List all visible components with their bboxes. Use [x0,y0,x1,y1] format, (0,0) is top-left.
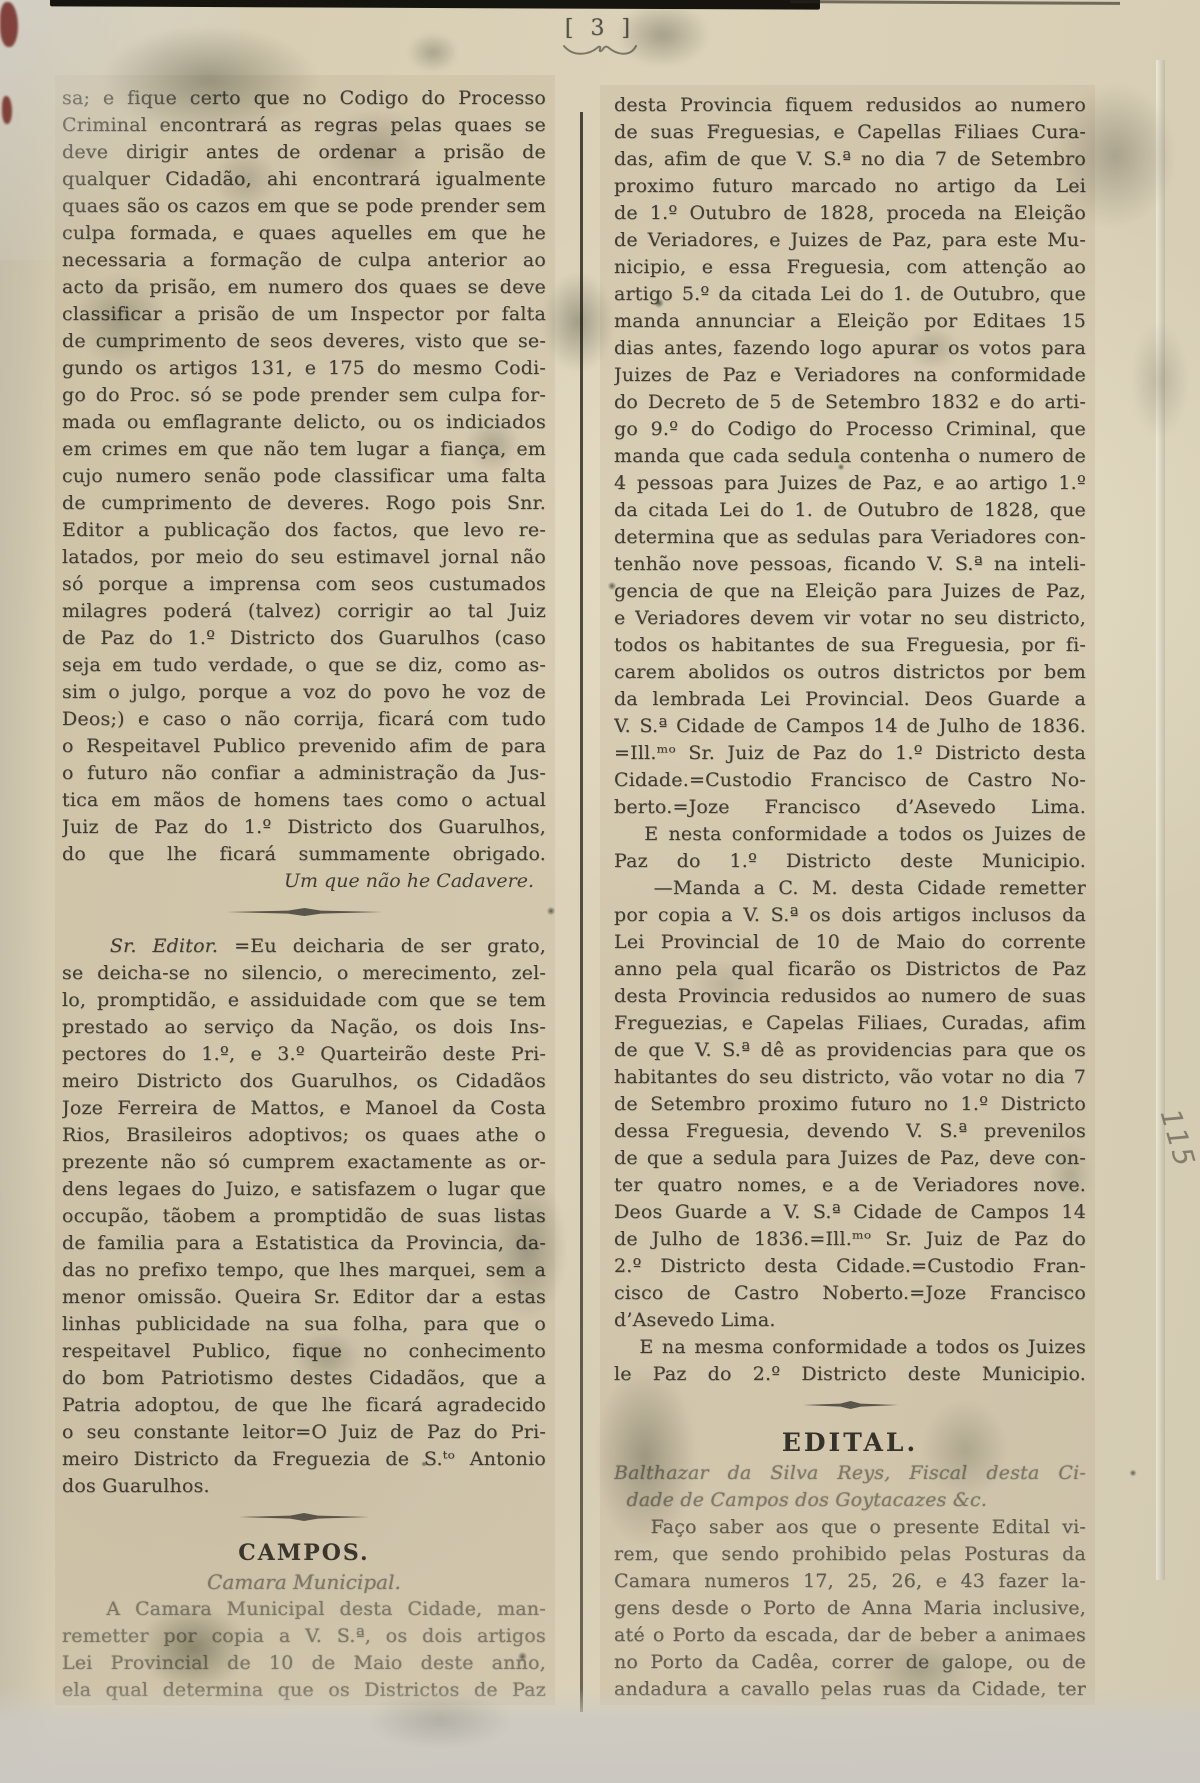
text-line: remetter por copia a V. S.ª, os dois art… [62,1623,546,1650]
text-line: cisco de Castro Noberto.=Joze Francisco [614,1280,1086,1307]
text-line: de cumprimento de deveres. Rogo pois Snr… [62,490,546,517]
text-line: Juizes de Paz e Veriadores na conformida… [614,362,1086,389]
text-line: berto.=Joze Francisco d’Asevedo Lima. [614,794,1086,821]
text-line: lo, promptidão, e assiduidade com que se… [62,987,546,1014]
text-line: determina que as sedulas para Veriadores… [614,524,1086,551]
scan-edge-left [0,0,55,1783]
text-line: milagres poderá (talvez) corrigir ao tal… [62,598,546,625]
section-heading: CAMPOS. [62,1538,546,1568]
text-line: seja em tudo verdade, o que se diz, como… [62,652,546,679]
text-line: linhas publicidade na sua folha, para qu… [62,1311,546,1338]
text-line: proximo futuro marcado no artigo da Lei [614,173,1086,200]
text-line: de Paz do 1.º Districto dos Guarulhos (c… [62,625,546,652]
text-line: da lembrada Lei Provincial. Deos Guarde … [614,686,1086,713]
text-line: Lei Provincial de 10 de Maio deste anno, [62,1650,546,1677]
text-line: artigo 5.º da citada Lei do 1. de Outubr… [614,281,1086,308]
text-line: pectores do 1.º, e 3.º Quarteirão deste … [62,1041,546,1068]
text-line: e Veriadores devem vir votar no seu dist… [614,605,1086,632]
scan-edge-top-right [790,0,1120,5]
text-line: por copia a V. S.ª os dois artigos inclu… [614,902,1086,929]
text-line: Deos Guarde a V. S.ª Cidade de Campos 14 [614,1199,1086,1226]
text-line: Editor a publicação dos factos, que levo… [62,517,546,544]
text-line: o futuro não confiar a administração da … [62,760,546,787]
text-line: tenhão nove pessoas, ficando V. S.ª na i… [614,551,1086,578]
scan-bottom-band [0,1688,1200,1783]
text-line: go 9.º do Codigo do Processo Criminal, q… [614,416,1086,443]
text-line: go do Proc. só se pode prender sem culpa… [62,382,546,409]
text-line: Camara numeros 17, 25, 26, e 43 fazer la… [614,1568,1086,1595]
page-corner-light [0,0,240,260]
text-line: de cumprimento de seos deveres, visto qu… [62,328,546,355]
text-line: manda annunciar a Eleição por Editaes 15 [614,308,1086,335]
text-line: no Porto da Cadêa, correr de galope, ou … [614,1649,1086,1676]
text-line: Lei Provincial de 10 de Maio do corrente [614,929,1086,956]
text-line: sim o julgo, porque a voz do povo he voz… [62,679,546,706]
text-line: acto da prisão, em numero dos quaes se d… [62,274,546,301]
text-line: meiro Districto dos Guarulhos, os Cidadã… [62,1068,546,1095]
letter-signature: Um que não he Cadavere. [62,868,546,895]
scanned-newspaper-page: [ 3 ] sa; e fique certo que no Codigo do… [0,0,1200,1783]
text-line: Juiz de Paz do 1.º Districto dos Guarulh… [62,814,546,841]
text-line: do Decreto de 5 de Setembro 1832 e do ar… [614,389,1086,416]
text-line: —Manda a C. M. desta Cidade remetter [614,875,1086,902]
text-line: Deos;) e caso o não corrija, ficará com … [62,706,546,733]
text-line: prezente não só cumprem exactamente as o… [62,1149,546,1176]
text-line: Rios, Brasileiros adoptivos; os quaes at… [62,1122,546,1149]
section-divider [614,1396,1086,1414]
text-line: tica em mãos de homens taes como o actua… [62,787,546,814]
text-line: da citada Lei do 1. de Outubro de 1828, … [614,497,1086,524]
text-line: menor omissão. Queira Sr. Editor dar a e… [62,1284,546,1311]
text-line: Cidade.=Custodio Francisco de Castro No- [614,767,1086,794]
text-line: carem abolidos os outros districtos por … [614,659,1086,686]
text-line: gens desde o Porto de Anna Maria inclusi… [614,1595,1086,1622]
column-divider-rule [580,112,583,1712]
text-line: V. S.ª Cidade de Campos 14 de Julho de 1… [614,713,1086,740]
text-line: classificar a prisão de um Inspector por… [62,301,546,328]
text-line: desta Provincia redusidos ao numero de s… [614,983,1086,1010]
text-line: do que lhe ficará summamente obrigado. [62,841,546,868]
text-line: das, afim de que V. S.ª no dia 7 de Sete… [614,146,1086,173]
text-line: =Ill.ᵐᵒ Sr. Juiz de Paz do 1.º Districto… [614,740,1086,767]
text-line: todos os habitantes de sua Freguesia, po… [614,632,1086,659]
text-line: dias antes, fazendo logo apurar os votos… [614,335,1086,362]
text-line: das no prefixo tempo, que lhes marquei, … [62,1257,546,1284]
text-line: em crimes em que não tem lugar a fiança,… [62,436,546,463]
text-line: latados, por meio do seu estimavel jorna… [62,544,546,571]
text-line: Patria adoptou, de que lhe ficará agrade… [62,1392,546,1419]
text-line: A Camara Municipal desta Cidade, man- [62,1596,546,1623]
text-line: mada ou emflagrante delicto, ou os indic… [62,409,546,436]
text-line: dessa Freguesia, devendo V. S.ª prevenil… [614,1118,1086,1145]
text-line: gundo os artigos 131, e 175 do mesmo Cod… [62,355,546,382]
text-line: de familia para a Estatistica da Provinc… [62,1230,546,1257]
text-line: o seu constante leitor=O Juiz de Paz do … [62,1419,546,1446]
text-line: E na mesma conformidade a todos os Juize… [614,1334,1086,1361]
text-line: Paz do 1.º Districto deste Municipio. [614,848,1086,875]
text-line: rem, que sendo prohibido pelas Posturas … [614,1541,1086,1568]
text-line: meiro Districto da Freguezia de S.ᵗᵒ Ant… [62,1446,546,1473]
text-line: habitantes do seu districto, vão votar n… [614,1064,1086,1091]
text-line: 4 pessoas para Juizes de Paz, e ao artig… [614,470,1086,497]
text-line: dade de Campos dos Goytacazes &c. [614,1487,1086,1514]
text-line: o Respeitavel Publico prevenido afim de … [62,733,546,760]
paper-crease [1156,60,1165,1580]
section-heading: EDITAL. [614,1426,1086,1460]
text-line: do bom Patriotismo destes Cidadãos, que … [62,1365,546,1392]
text-line: dos Guarulhos. [62,1473,546,1500]
text-line: de que a sedula para Juizes de Paz, deve… [614,1145,1086,1172]
text-line: E nesta conformidade a todos os Juizes d… [614,821,1086,848]
text-line: 2.º Districto desta Cidade.=Custodio Fra… [614,1253,1086,1280]
text-line: se deicha-se no silencio, o merecimento,… [62,960,546,987]
red-edge-mark [0,2,18,47]
text-line: Faço saber aos que o presente Edital vi- [614,1514,1086,1541]
text-line: Joze Ferreira de Mattos, e Manoel da Cos… [62,1095,546,1122]
text-line: de que V. S.ª dê as providencias para qu… [614,1037,1086,1064]
text-line: Freguezias, e Capelas Filiaes, Curadas, … [614,1010,1086,1037]
text-line: respeitavel Publico, fique no conhecimen… [62,1338,546,1365]
text-line: dens legaes do Juizo, e satisfazem o lug… [62,1176,546,1203]
section-divider [62,1508,546,1526]
text-line: de Julho de 1836.=Ill.ᵐᵒ Sr. Juiz de Paz… [614,1226,1086,1253]
text-line: manda que cada sedula contenha o numero … [614,443,1086,470]
text-line: occupão, tãobem a promptidão de suas lis… [62,1203,546,1230]
text-line: de 1.º Outubro de 1828, proceda na Eleiç… [614,200,1086,227]
text-line: ter quatro nomes, e a de Veriadores nove… [614,1172,1086,1199]
column-left: sa; e fique certo que no Codigo do Proce… [62,85,546,1704]
text-line: de Setembro proximo futuro no 1.º Distri… [614,1091,1086,1118]
red-edge-mark [2,96,12,124]
text-line: Sr. Editor. =Eu deicharia de ser grato, [62,933,546,960]
column-right: desta Provincia fiquem redusidos ao nume… [614,92,1086,1703]
text-line: anno pela qual ficarão os Districtos de … [614,956,1086,983]
text-line: até o Porto da escada, dar de beber a an… [614,1622,1086,1649]
ink-spot [1128,1468,1138,1478]
text-line: Balthazar da Silva Reys, Fiscal desta Ci… [614,1460,1086,1487]
section-subheading: Camara Municipal. [62,1568,546,1596]
text-line: nicipio, e essa Freguesia, com attenção … [614,254,1086,281]
text-line: desta Provincia fiquem redusidos ao nume… [614,92,1086,119]
section-divider [62,903,546,921]
text-line: cujo numero senão pode classificar uma f… [62,463,546,490]
text-line: prestado ao serviço da Nação, os dois In… [62,1014,546,1041]
text-line: d’Asevedo Lima. [614,1307,1086,1334]
text-line: de suas Freguesias, e Capellas Filiaes C… [614,119,1086,146]
text-line: de Veriadores, e Juizes de Paz, para est… [614,227,1086,254]
text-line: le Paz do 2.º Districto deste Municipio. [614,1361,1086,1388]
text-line: só porque a imprensa com seos custumados [62,571,546,598]
text-line: gencia de que na Eleição para Juizes de … [614,578,1086,605]
page-number-flourish-icon [560,42,640,58]
